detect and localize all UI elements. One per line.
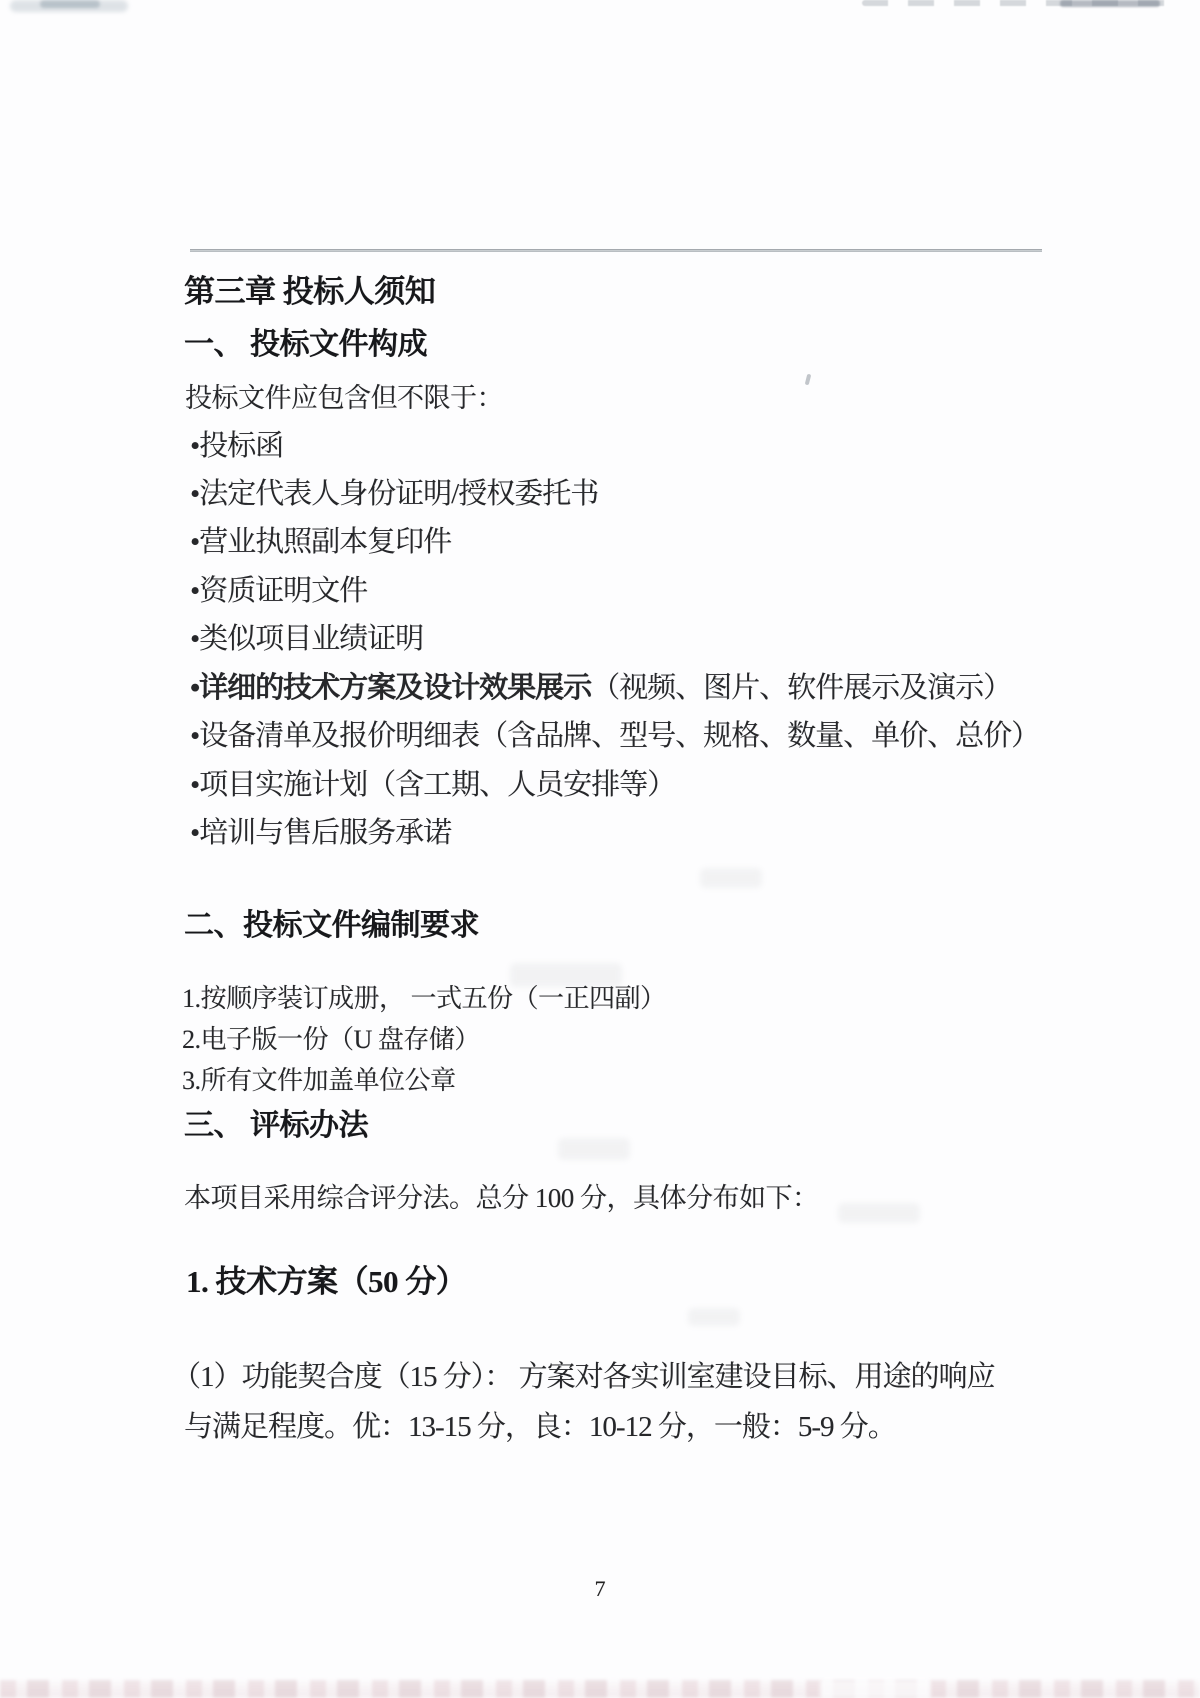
document-page: 第三章 投标人须知 一、 投标文件构成 投标文件应包含但不限于： •投标函 •法… xyxy=(0,0,1200,1698)
scan-smudge-top-right-dark xyxy=(1060,0,1160,7)
scan-bleedthrough-blob xyxy=(838,1203,920,1223)
bullet-item: •营业执照副本复印件 xyxy=(190,527,451,557)
bullet-item: •培训与售后服务承诺 xyxy=(190,818,451,848)
criteria-line-1: （1）功能契合度（15 分）： 方案对各实训室建设目标、用途的响应 xyxy=(172,1362,995,1392)
chapter-heading: 第三章 投标人须知 xyxy=(184,276,435,309)
scan-bleedthrough-blob xyxy=(558,1138,630,1160)
numbered-item: 2.电子版一份（U 盘存储） xyxy=(182,1026,480,1053)
bullet-text: •投标函 xyxy=(190,430,283,462)
numbered-item: 1.按顺序装订成册， 一式五份（一正四副） xyxy=(182,985,666,1012)
scan-tick-mark xyxy=(805,374,812,386)
section-3-subheading: 1. 技术方案（50 分） xyxy=(186,1266,466,1299)
scan-bleedthrough-blob xyxy=(688,1308,740,1326)
bullet-item: •项目实施计划（含工期、人员安排等） xyxy=(190,770,675,800)
bullet-text: •类似项目业绩证明 xyxy=(190,623,423,655)
numbered-item: 3.所有文件加盖单位公章 xyxy=(182,1067,456,1094)
bullet-item: •设备清单及报价明细表（含品牌、型号、规格、数量、单价、总价） xyxy=(190,721,1039,751)
scan-bleedthrough-bottom-band xyxy=(0,1680,1200,1698)
bullet-item: •投标函 xyxy=(190,431,283,461)
bullet-text: •法定代表人身份证明/授权委托书 xyxy=(190,478,598,510)
bullet-text: •设备清单及报价明细表（含品牌、型号、规格、数量、单价、总价） xyxy=(190,720,1039,752)
bullet-item: •详细的技术方案及设计效果展示（视频、图片、软件展示及演示） xyxy=(190,673,1011,703)
section-2-heading: 二、投标文件编制要求 xyxy=(184,910,479,942)
bullet-item: •类似项目业绩证明 xyxy=(190,624,423,654)
scan-bleedthrough-bottom-gap xyxy=(820,1680,930,1698)
bullet-text: （视频、图片、软件展示及演示） xyxy=(591,672,1011,704)
section-1-intro: 投标文件应包含但不限于： xyxy=(185,384,503,412)
scan-bleedthrough-blob xyxy=(700,868,762,888)
bullet-text: •培训与售后服务承诺 xyxy=(190,817,451,849)
header-divider-line xyxy=(190,249,1042,252)
scan-smudge-top-left-dark xyxy=(40,0,100,8)
section-3-intro: 本项目采用综合评分法。总分 100 分，具体分布如下： xyxy=(184,1184,819,1212)
scan-smudge-top-right xyxy=(862,0,1172,6)
page-number: 7 xyxy=(0,1576,1200,1602)
scan-smudge-top-left xyxy=(10,0,128,12)
section-1-heading: 一、 投标文件构成 xyxy=(184,329,427,361)
bullet-bold-part: •详细的技术方案及设计效果展示 xyxy=(190,672,591,704)
bullet-text: •项目实施计划（含工期、人员安排等） xyxy=(190,769,675,801)
bullet-text: •资质证明文件 xyxy=(190,575,367,607)
bullet-text: •营业执照副本复印件 xyxy=(190,526,451,558)
bullet-item: •法定代表人身份证明/授权委托书 xyxy=(190,479,598,509)
section-3-heading: 三、 评标办法 xyxy=(184,1110,368,1142)
criteria-line-2: 与满足程度。优：13-15 分，良：10-12 分，一般：5-9 分。 xyxy=(184,1412,896,1442)
bullet-item: •资质证明文件 xyxy=(190,576,367,606)
